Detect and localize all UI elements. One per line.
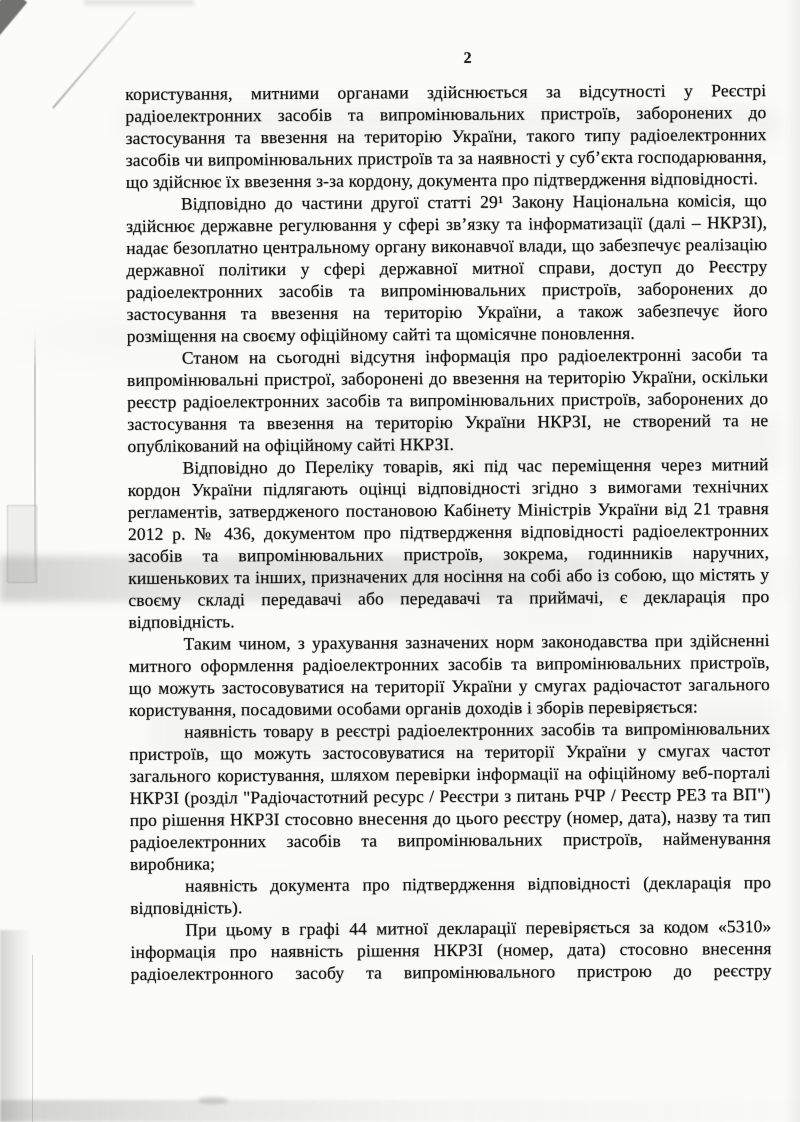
paragraph-check-registry: наявність товару в реєстрі радіоелектрон… — [129, 717, 771, 875]
left-margin-crease — [34, 332, 36, 584]
document-body: 2 користування, митними органами здійсню… — [125, 48, 772, 985]
page-number: 2 — [147, 48, 788, 70]
bottom-smudge-dot — [198, 1097, 228, 1104]
paragraph-conclusion: Таким чином, з урахування зазначених нор… — [129, 629, 771, 721]
paragraph-customs-code: При цьому в графі 44 митної декларації п… — [130, 915, 771, 985]
paragraph-check-document: наявність документа про підтвердження ві… — [130, 871, 771, 919]
bottom-edge-shadow — [0, 1100, 800, 1122]
paragraph-continuation: користування, митними органами здійснюєт… — [125, 79, 767, 193]
fold-line-artifact — [52, 11, 136, 109]
scanned-document-page: 2 користування, митними органами здійсню… — [0, 0, 800, 1122]
paragraph-law-article: Відповідно до частини другої статті 29¹ … — [126, 189, 768, 347]
body-text-block: користування, митними органами здійснюєт… — [125, 79, 771, 985]
left-edge-shadow — [0, 930, 32, 1122]
top-edge-smudge — [84, 0, 194, 5]
paragraph-status-today: Станом на сьогодні відсутня інформація п… — [127, 343, 769, 457]
paragraph-goods-list: Відповідно до Переліку товарів, які під … — [127, 453, 769, 633]
right-edge-tint — [784, 0, 800, 1122]
left-edge-line — [32, 955, 33, 1122]
corner-fold-mark — [0, 0, 27, 38]
left-margin-smudge-box — [7, 505, 37, 583]
